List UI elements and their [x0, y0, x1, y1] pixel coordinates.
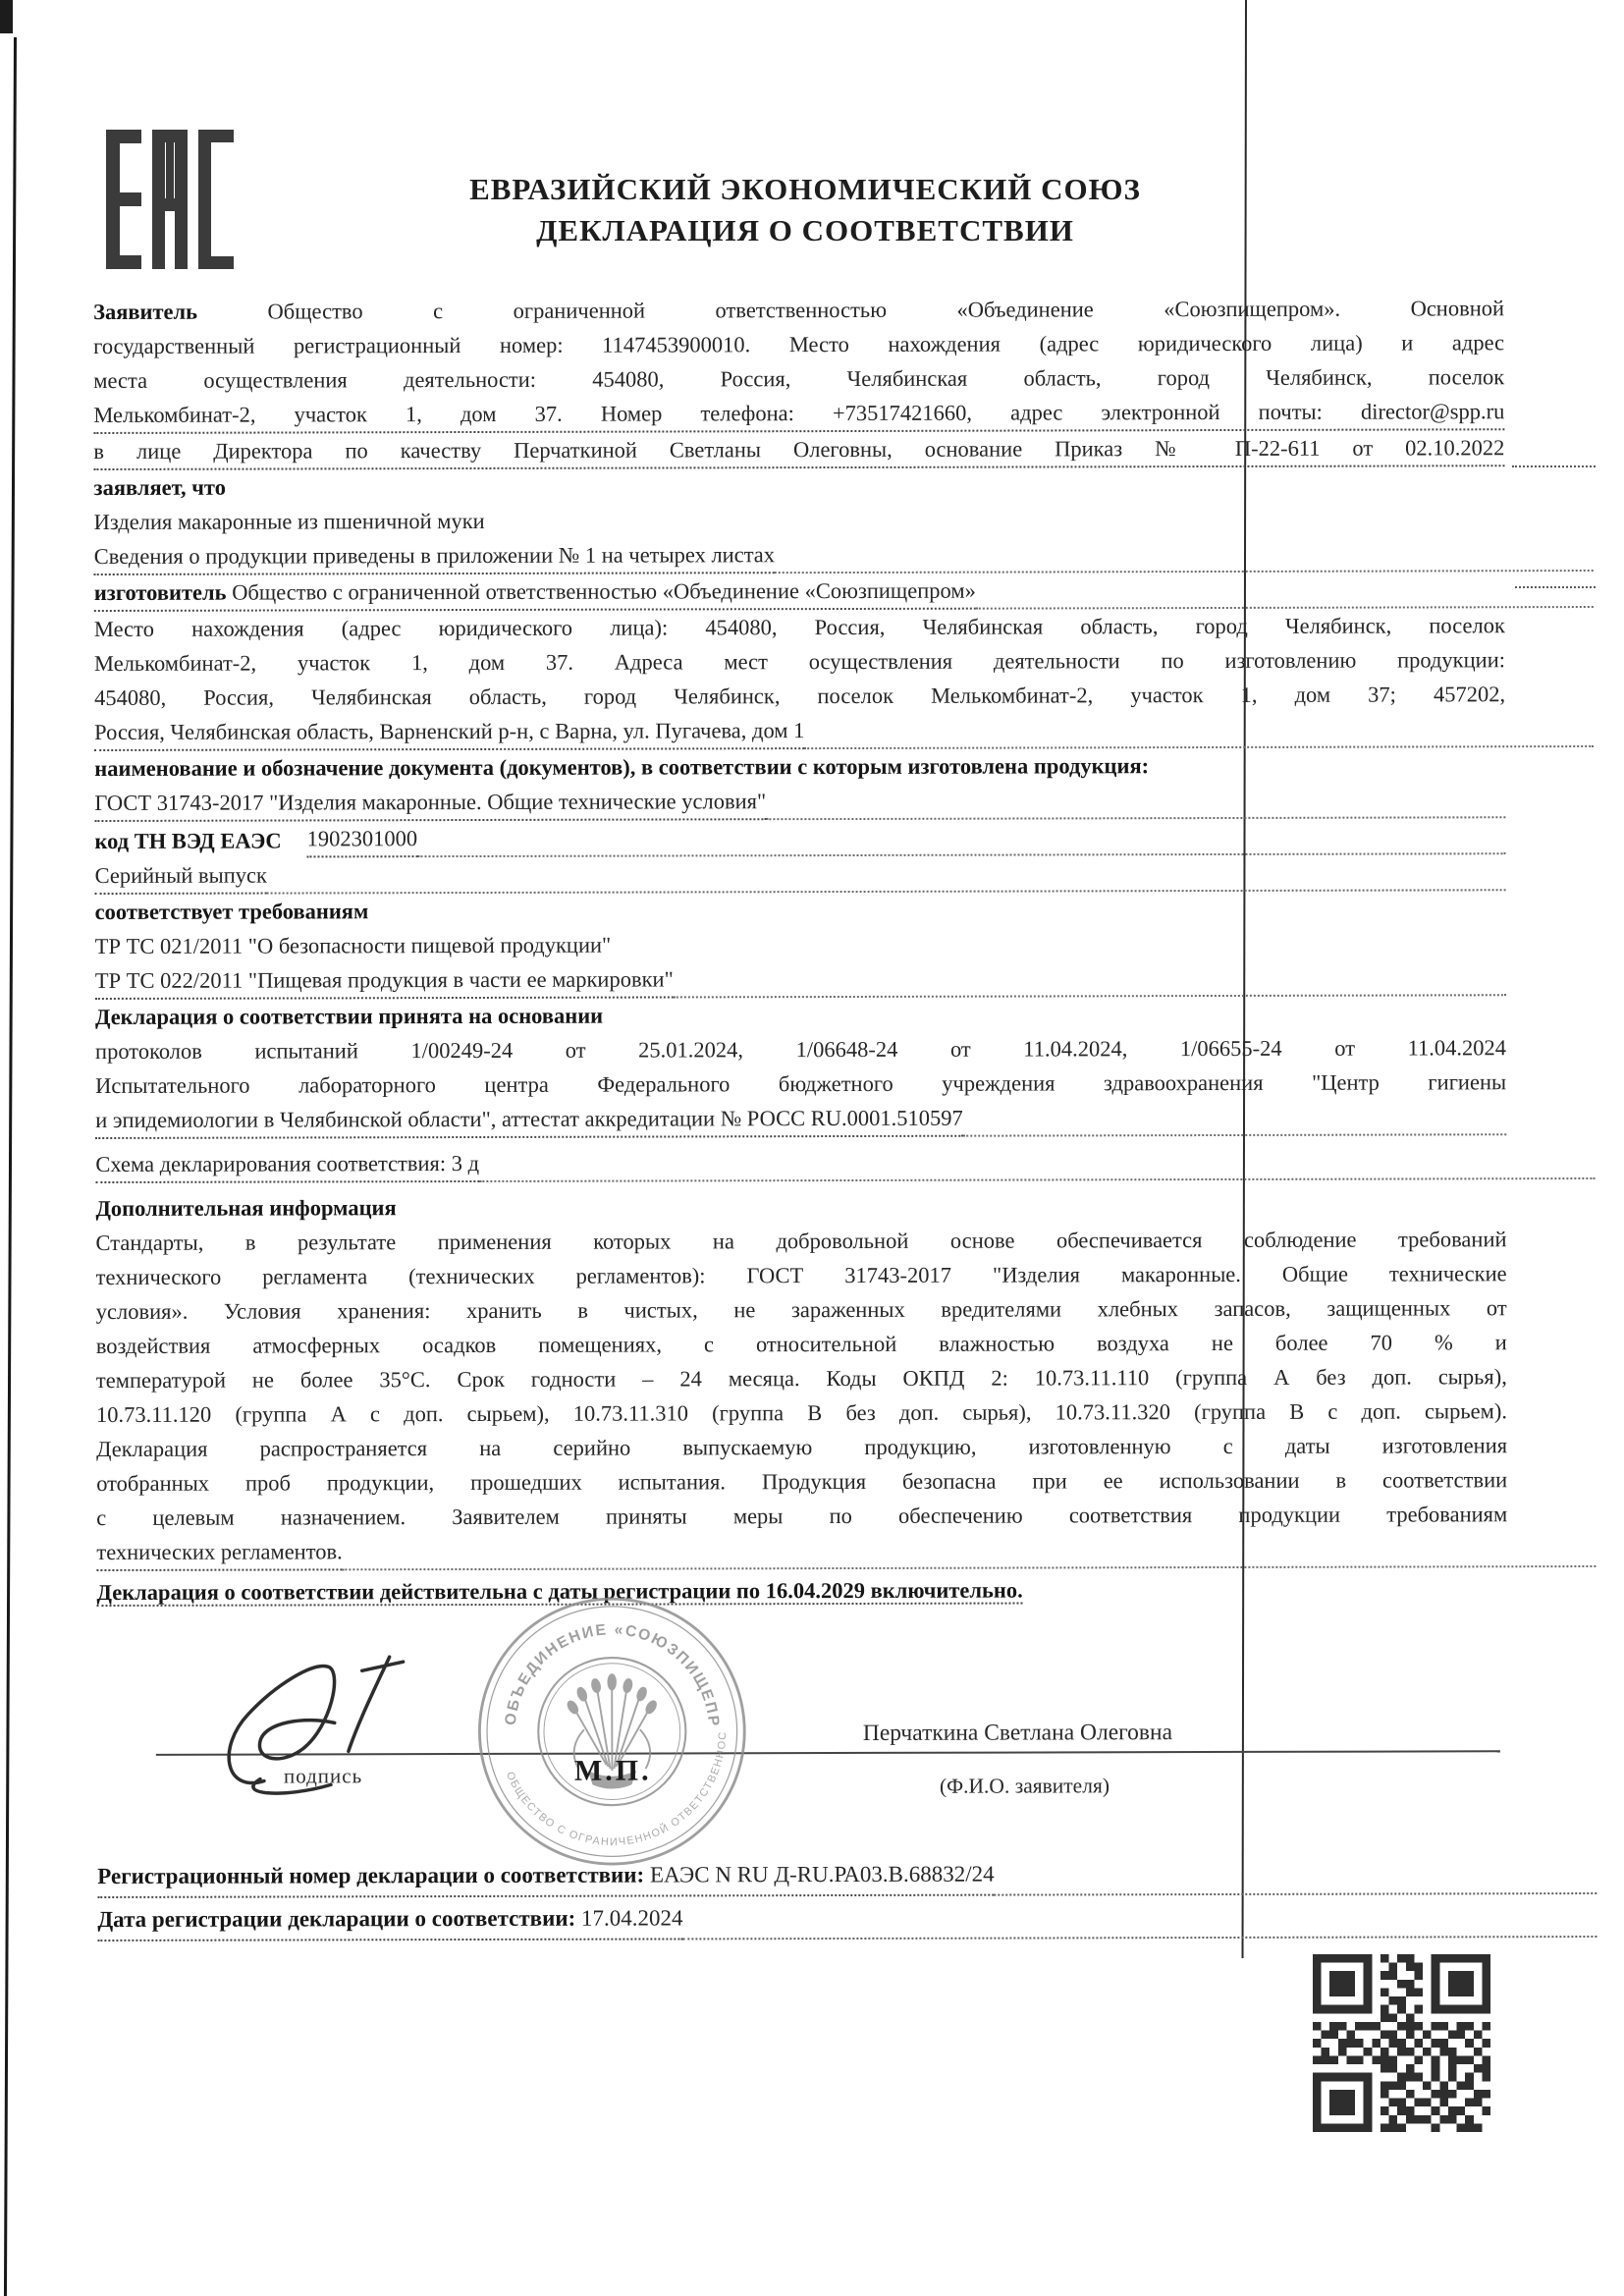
manufacturer-address-line: 454080, Россия, Челябинская область, гор…: [94, 677, 1505, 715]
additional-line: с целевым назначением. Заявителем принят…: [96, 1497, 1507, 1535]
applicant-line: государственный регистрационный номер: 1…: [93, 325, 1504, 363]
product-info-row: Сведения о продукции приведены в приложе…: [94, 535, 1594, 575]
stamp-place-mark: М.П.: [574, 1754, 652, 1788]
basis-protocols-line: Испытательного лабораторного центра Феде…: [95, 1065, 1506, 1103]
docs-label: наименование и обозначение документа (до…: [94, 747, 1505, 786]
eac-logo-icon: [106, 130, 234, 269]
additional-line: Стандарты, в результате применения котор…: [95, 1222, 1506, 1260]
dotted-filler: [683, 1936, 1597, 1940]
title-line-union: ЕВРАЗИЙСКИЙ ЭКОНОМИЧЕСКИЙ СОЮЗ: [245, 169, 1365, 210]
applicant-line: места осуществления деятельности: 454080…: [93, 359, 1504, 398]
additional-line: температурой не более 35°С. Срок годност…: [96, 1359, 1507, 1397]
gost-row: ГОСТ 31743-2017 "Изделия макаронные. Общ…: [94, 782, 1505, 822]
manufacturer-address-line: Место нахождения (адрес юридического лиц…: [94, 608, 1505, 646]
tnved-value: 1902301000: [307, 821, 418, 857]
manufacturer-label: изготовитель: [94, 580, 227, 605]
serial-row: Серийный выпуск: [95, 854, 1506, 895]
dotted-ruling-fragment: [1512, 465, 1596, 467]
signature-caption: подпись: [284, 1759, 362, 1793]
applicant-line: Мелькомбинат-2, участок 1, дом 37. Номер…: [93, 394, 1504, 434]
scheme-row: Схема декларирования соответствия: 3 д: [95, 1143, 1595, 1183]
additional-line: 10.73.11.120 (группа А с доп. сырьем), 1…: [96, 1394, 1507, 1432]
basis-protocols-line: протоколов испытаний 1/00249-24 от 25.01…: [95, 1030, 1506, 1068]
basis-protocols-line: и эпидемиологии в Челябинской области", …: [95, 1099, 1506, 1139]
manufacturer-address-line: Мелькомбинат-2, участок 1, дом 37. Адрес…: [94, 642, 1505, 681]
tr-regulation-line: ТР ТС 022/2011 "Пищевая продукция в част…: [95, 959, 1506, 1000]
tr-regulation-line: ТР ТС 021/2011 "О безопасности пищевой п…: [95, 925, 1506, 963]
compliance-label: соответствует требованиям: [95, 891, 1506, 929]
fio-caption: (Ф.И.О. заявителя): [940, 1769, 1110, 1803]
registration-date-row: Дата регистрации декларации о соответств…: [97, 1896, 1597, 1941]
tnved-row: код ТН ВЭД ЕАЭС1902301000: [94, 818, 1505, 858]
basis-label: Декларация о соответствии принята на осн…: [95, 996, 1506, 1034]
additional-line: условия». Условия хранения: хранить в чи…: [96, 1290, 1507, 1329]
registration-date-label: Дата регистрации декларации о соответств…: [97, 1906, 575, 1932]
additional-line: Декларация распространяется на серийно в…: [96, 1428, 1507, 1466]
scan-edge-line-left: [4, 37, 17, 2296]
manufacturer-row: изготовитель Общество с ограниченной отв…: [94, 572, 1594, 612]
signature-block: подпись ОБЪЕДИНЕНИЕ «СОЮЗПИЩЕПРОМ» ОБЩЕС…: [97, 1611, 1509, 1857]
validity-line: Декларация о соответствии действительна …: [96, 1571, 1507, 1610]
dotted-filler: [479, 1177, 1595, 1182]
company-stamp: ОБЪЕДИНЕНИЕ «СОЮЗПИЩЕПРОМ» ОБЩЕСТВО С ОГ…: [471, 1591, 752, 1872]
declaration-page: ЕВРАЗИЙСКИЙ ЭКОНОМИЧЕСКИЙ СОЮЗ ДЕКЛАРАЦИ…: [0, 0, 1624, 2296]
additional-label: Дополнительная информация: [95, 1187, 1506, 1226]
product-name: Изделия макаронные из пшеничной муки: [94, 501, 1505, 539]
applicant-label: Заявитель: [93, 300, 197, 324]
additional-line: технических регламентов.: [96, 1531, 1596, 1571]
scan-corner-mark: [0, 0, 13, 33]
qr-code: [1313, 1954, 1490, 2132]
registration-date-value: 17.04.2024: [575, 1905, 682, 1930]
title-line-declaration: ДЕКЛАРАЦИЯ О СООТВЕТСТВИИ: [245, 210, 1365, 251]
additional-line: воздействия атмосферных осадков помещени…: [96, 1325, 1507, 1363]
applicant-fio: Перчаткина Светлана Олеговна: [863, 1716, 1172, 1751]
dotted-filler: [995, 1892, 1597, 1896]
document-title: ЕВРАЗИЙСКИЙ ЭКОНОМИЧЕСКИЙ СОЮЗ ДЕКЛАРАЦИ…: [245, 169, 1365, 251]
manufacturer-address-line: Россия, Челябинская область, Варненский …: [94, 711, 1594, 751]
registration-number-row: Регистрационный номер декларации о соотв…: [97, 1853, 1597, 1898]
declares-line: заявляет, что: [93, 466, 1504, 505]
document-body: Заявитель Общество с ограниченной ответс…: [93, 291, 1508, 1941]
dotted-filler: [343, 1565, 1597, 1570]
additional-line: технического регламента (технических рег…: [96, 1256, 1507, 1294]
applicant-line: Заявитель Общество с ограниченной ответс…: [93, 291, 1504, 329]
tnved-label: код ТН ВЭД ЕАЭС: [94, 824, 281, 858]
dotted-filler: [963, 1133, 1506, 1136]
additional-line: отобранных проб продукции, прошедших исп…: [96, 1462, 1507, 1501]
applicant-line: в лице Директора по качеству Перчаткиной…: [93, 430, 1504, 470]
